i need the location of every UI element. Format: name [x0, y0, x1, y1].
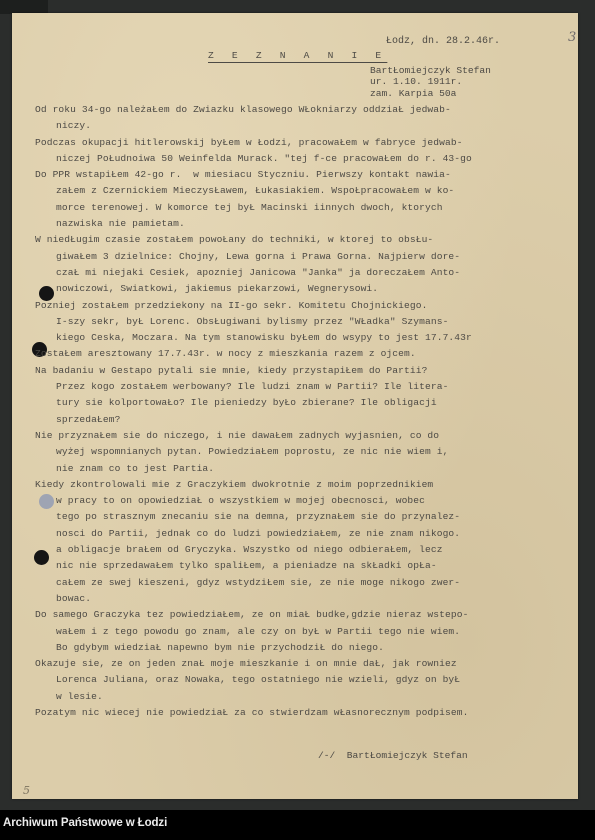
testimony-line: nazwiska nie pamietam.: [35, 216, 472, 232]
testimony-line: sprzedaŁem?: [35, 412, 472, 428]
testimony-line: giwaŁem 3 dzielnice: Chojny, Lewa gorna …: [35, 249, 472, 265]
testimony-line: Lorenca Juliana, oraz Nowaka, tego ostat…: [35, 672, 472, 688]
testimony-line: Nie przyznaŁem sie do niczego, i nie daw…: [35, 428, 472, 444]
testimony-line: niczy.: [35, 118, 472, 134]
testimony-line: Na badaniu w Gestapo pytali sie mnie, ki…: [35, 363, 472, 379]
testimony-line: Okazuje sie, ze on jeden znaŁ moje miesz…: [35, 656, 472, 672]
signature: /-/ BartŁomiejczyk Stefan: [318, 750, 468, 761]
document-title: Z E Z N A N I E: [208, 50, 387, 61]
testimony-line: nosci do Partii, jednak co do ludzi powi…: [35, 526, 472, 542]
testimony-line: tego po strasznym znecaniu sie na demna,…: [35, 509, 472, 525]
witness-birthdate: ur. 1.10. 1911r.: [370, 76, 491, 87]
testimony-line: Pozniej zostaŁem przedziekony na II-go s…: [35, 298, 472, 314]
testimony-line: bowac.: [35, 591, 472, 607]
testimony-line: caŁem ze swej kieszeni, gdyz wstydziŁem …: [35, 575, 472, 591]
testimony-line: w pracy to on opowiedziaŁ o wszystkiem w…: [35, 493, 472, 509]
testimony-body: Od roku 34-go należaŁem do Zwiazku klaso…: [35, 102, 472, 721]
testimony-line: Do samego Graczyka tez powiedziaŁem, ze …: [35, 607, 472, 623]
testimony-line: niczej PoŁudnoiwa 50 Weinfelda Murack. "…: [35, 151, 472, 167]
testimony-line: W niedŁugim czasie zostaŁem powoŁany do …: [35, 232, 472, 248]
testimony-line: nic nie sprzedawaŁem tylko spaliŁem, a p…: [35, 558, 472, 574]
witness-header: BartŁomiejczyk Stefan ur. 1.10. 1911r. z…: [370, 65, 491, 99]
testimony-line: a obligacje braŁem od Gryczyka. Wszystko…: [35, 542, 472, 558]
testimony-line: I-szy sekr, byŁ Lorenc. ObsŁugiwani byli…: [35, 314, 472, 330]
testimony-line: Przez kogo zostaŁem werbowany? Ile ludzi…: [35, 379, 472, 395]
witness-name: BartŁomiejczyk Stefan: [370, 65, 491, 76]
testimony-line: ZostaŁem aresztowany 17.7.43r. w nocy z …: [35, 346, 472, 362]
testimony-line: tury sie kolportowaŁo? Ile pieniedzy byŁ…: [35, 395, 472, 411]
testimony-line: w lesie.: [35, 689, 472, 705]
testimony-line: Do PPR wstapiŁem 42-go r. w miesiacu Sty…: [35, 167, 472, 183]
testimony-line: nie znam co to jest Partia.: [35, 461, 472, 477]
testimony-line: Od roku 34-go należaŁem do Zwiazku klaso…: [35, 102, 472, 118]
testimony-line: wyżej wspomnianych pytan. PowiedziaŁem p…: [35, 444, 472, 460]
testimony-line: Kiedy zkontrolowali mie z Graczykiem dwo…: [35, 477, 472, 493]
testimony-line: Pozatym nic wiecej nie powiedziaŁ za co …: [35, 705, 472, 721]
testimony-line: Podczas okupacji hitlerowskij byŁem w Ło…: [35, 135, 472, 151]
testimony-line: zaŁem z Czernickiem MieczysŁawem, Łukasi…: [35, 183, 472, 199]
testimony-line: kiego Ceska, Moczara. Na tym stanowisku …: [35, 330, 472, 346]
place-date: Łodz, dn. 28.2.46r.: [386, 36, 500, 47]
testimony-line: waŁem i z tego powodu go znam, ale czy o…: [35, 624, 472, 640]
page-number: 5: [23, 784, 30, 797]
archive-caption: Archiwum Państwowe w Łodzi: [3, 817, 167, 829]
scan-edge-shadow: [0, 0, 48, 14]
testimony-line: Bo gdybym wiedziaŁ napewno bym nie przyc…: [35, 640, 472, 656]
folio-number: 3: [568, 30, 576, 45]
testimony-line: morce terenowej. W komorce tej byŁ Macin…: [35, 200, 472, 216]
witness-address: zam. Karpia 50a: [370, 88, 491, 99]
testimony-line: nowiczowi, Swiatkowi, jakiemus piekarzow…: [35, 281, 472, 297]
testimony-line: czaŁ mi niejaki Cesiek, apozniej Janicow…: [35, 265, 472, 281]
